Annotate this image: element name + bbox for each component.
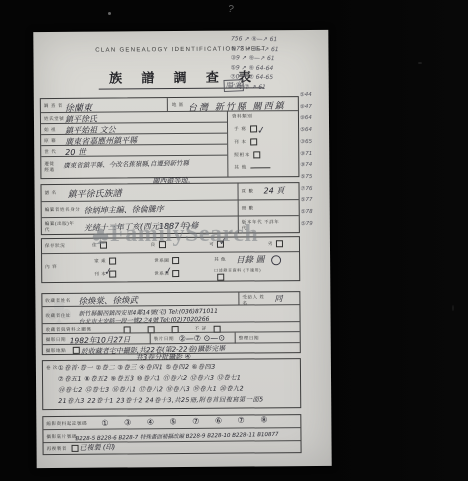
field-label: 頁 數 <box>242 188 254 194</box>
checkbox <box>276 240 283 247</box>
field-label: 縮影資料起訖號碼 <box>46 421 87 427</box>
option-label: 其 他 <box>214 257 226 262</box>
dust-speck <box>108 12 111 15</box>
field-label: 保存狀況 <box>45 243 65 249</box>
panel-material-type: 資料類別 手 寫✓ 刊 本 照相本 其 他 <box>227 110 299 177</box>
material-type-option: 刊 本 <box>234 138 257 145</box>
cell-divider <box>238 217 239 234</box>
content-option: 刊 本✓ <box>94 271 116 278</box>
section-condition-content: 保存狀況 佳 良 可✓ 劣 內 容 家 乘 <box>41 236 300 283</box>
checkbox <box>217 274 224 281</box>
field-label: 攝影日期 <box>46 337 66 343</box>
section-volume-info: 譜 名 鎮平徐氏族譜 頁 數 24 頁 編纂者姓名身分 徐炳坤主編、徐倫騰序 冊… <box>40 182 299 235</box>
cell-divider <box>237 184 238 200</box>
pencil-annotation-line: ⑤75 <box>300 172 328 184</box>
content-other-handwritten: 目錄 圖 <box>236 253 264 266</box>
condition-option: 劣 <box>268 240 283 247</box>
field-value-handwritten: 24 頁 <box>263 185 284 196</box>
field-label: 裝片日期 <box>154 336 174 342</box>
row-migration: 遷徙經過 廣東省鎮平縣、今改名蕉嶺縣,自遷到新竹縣 <box>41 155 227 179</box>
field-label: 冊 數 <box>242 205 254 211</box>
field-label: 原 籍 <box>44 138 56 144</box>
volume-list-line: 21卷九3 22卷十1 23卷十2 24卷十3,共25冊,附卷首回複寫第一面5 <box>58 394 297 407</box>
volume-list-lines: ①卷首·卷一 ②卷二 ③卷三 ④卷四1 ⑤卷四2 ⑥卷四3⑦卷五1 ⑧卷五2 ⑨… <box>58 361 297 407</box>
cell-divider <box>238 201 239 217</box>
condition-options: 佳 良 可✓ 劣 <box>92 240 283 248</box>
option-label: 照相本 <box>234 152 250 157</box>
option-label: 手 寫 <box>234 126 247 131</box>
checkbox <box>73 347 80 354</box>
pencil-annotations-right-margin: ⑤44⑨47⑨64⑤64③65⑨71⑨74⑤75⑦76⑤77⑤78⑤79 <box>300 90 329 231</box>
pencil-annotation-line: ⑨64 <box>300 113 328 125</box>
pencil-annotation-line: ⑨74 <box>300 160 328 172</box>
checkbox <box>250 138 257 145</box>
fill-in-line <box>250 163 270 168</box>
pencil-annotation-line: ⑤44 <box>300 90 328 102</box>
field-label: 編纂(出版)年代 <box>45 221 77 233</box>
option-label: 佳 <box>92 242 97 247</box>
panel-title: 資料類別 <box>232 113 252 119</box>
field-value-handwritten: 廣東省鎮平縣、今改名蕉嶺縣,自遷到新竹縣 <box>63 158 189 170</box>
checkbox <box>159 241 166 248</box>
row-reduplication: 再複製者 已複製 (印) <box>44 440 301 454</box>
checkbox <box>72 445 79 452</box>
dust-speck <box>452 305 454 311</box>
field-label: 姓氏堂號 <box>44 116 64 122</box>
option-label: 家 乘 <box>94 258 106 263</box>
condition-option: 良 <box>151 241 166 248</box>
field-value-handwritten: 徐炳坤主編、徐倫騰序 <box>84 204 164 217</box>
check-mark: ✓ <box>256 125 267 137</box>
cell-divider <box>167 98 168 111</box>
content-option: 世系表✓ <box>154 270 179 277</box>
field-label: 收藏者住址 <box>45 313 71 319</box>
field-label: 遷徙經過 <box>44 161 58 172</box>
section-holder-filming: 收藏者姓名 徐煥棠、徐煥武 受訪人 姓名 同 收藏者住址 新竹縣關西鎮西安里4鄰… <box>41 291 300 355</box>
field-label: 整理日期 <box>239 335 259 341</box>
option-label: 良 <box>151 242 156 247</box>
field-label: 卷 次 <box>46 365 58 371</box>
field-value-handwritten: ① ③ ④ ⑤ ⑦ ⑥ ⑦ ⑧ <box>101 415 267 428</box>
checkbox <box>172 257 179 264</box>
check-mark: ✓ <box>218 236 229 248</box>
field-label: 攝影地點 <box>46 348 66 354</box>
row-content-types: 內 容 家 乘 世系圖 其 他 目錄 圖 刊 本✓ 世系表✓ <box>42 251 299 283</box>
pencil-annotation-line: ⑨71 <box>300 148 328 160</box>
option-label: 劣 <box>268 241 273 246</box>
field-label: 調 查 者 <box>44 103 63 109</box>
field-label: 攝影底片號碼 <box>46 434 77 440</box>
option-label: 其 他 <box>234 164 247 169</box>
section-microfilm-numbers: 縮影資料起訖號碼 ① ③ ④ ⑤ ⑦ ⑥ ⑦ ⑧ 攝影底片號碼 B228-5 B… <box>42 414 301 455</box>
material-type-options: 手 寫✓ 刊 本 照相本 <box>228 110 298 111</box>
checkbox <box>100 242 107 249</box>
field-label: 世 代 <box>44 149 56 155</box>
field-label: 內 容 <box>45 264 57 270</box>
content-option: 其 他 <box>214 257 226 263</box>
option-label: 口述錄音資料 (不適用) <box>214 267 261 272</box>
cell-divider <box>238 293 239 305</box>
pencil-annotations-top-right: 756 ↗ ⑨—↗ 61⑤77 ↗ ⑤—↗ 61③9 ↗ ⑨—↗ 61⑤9 ↗ … <box>230 34 329 93</box>
content-option: 世系圖 <box>154 257 179 264</box>
option-label: 可 <box>209 241 214 246</box>
field-label: 不 詳 <box>195 326 207 332</box>
section-volume-list: 卷 次 ①卷首·卷一 ②卷二 ③卷三 ④卷四1 ⑤卷四2 ⑥卷四3⑦卷五1 ⑧卷… <box>42 358 301 410</box>
content-option: 家 乘 <box>94 258 116 265</box>
checkbox <box>109 258 116 265</box>
field-value-handwritten: 同 <box>274 293 282 304</box>
paper-sheet: CLAN GENEALOGY IDENTIFICATION SHEET 族 譜 … <box>33 30 331 468</box>
pencil-annotation-line: ⑤64 <box>300 125 328 137</box>
condition-option: 可✓ <box>209 241 224 248</box>
content-option: 口述錄音資料 (不適用) <box>214 267 270 280</box>
field-label: 版本年代 不詳年代 <box>242 219 282 231</box>
condition-option: 佳 <box>92 242 107 249</box>
check-mark: ✓ <box>163 266 174 278</box>
field-value-handwritten: 已複製 (印) <box>79 442 115 453</box>
field-label: 譜 名 <box>45 190 57 196</box>
pencil-annotation-line: ⑨47 <box>300 102 328 114</box>
microfilm-scan-frame: ? CLAN GENEALOGY IDENTIFICATION SHEET 族 … <box>0 0 468 481</box>
pencil-circle <box>271 255 281 265</box>
material-type-other: 其 他 <box>234 163 270 170</box>
pencil-annotation-line: ⑦76 <box>300 183 328 195</box>
material-type-option: 照相本 <box>234 151 260 158</box>
pencil-annotation-line: ③65 <box>300 137 328 149</box>
pencil-question-mark: ? <box>227 4 235 16</box>
option-label: 世系圖 <box>154 258 169 263</box>
field-label: 編纂者姓名身分 <box>45 207 81 213</box>
pencil-annotation-line: ⑤79 <box>301 219 329 231</box>
row-publication-year: 編纂(出版)年代 光緒十三年丁亥(西元1887年)修 版本年代 不詳年代 <box>42 215 299 235</box>
field-value-handwritten: 鎮平徐氏族譜 <box>67 186 121 200</box>
field-value-handwritten: 光緒十三年丁亥(西元1887年)修 <box>84 220 199 233</box>
field-label: 地 區 <box>172 102 184 108</box>
dust-speck <box>418 62 422 64</box>
section-genealogy-identity: 調 查 者 徐蘭東 地 區 台灣 新竹縣 關西鎮 姓氏堂號 鎮平徐氏 始 祖 鎮… <box>40 96 300 179</box>
check-mark: ✓ <box>103 266 114 278</box>
field-label: 收藏者姓名 <box>45 298 71 304</box>
checkbox <box>253 151 260 158</box>
material-type-option: 手 寫✓ <box>234 125 257 132</box>
pencil-annotation-line: ⑤77 <box>301 195 329 207</box>
option-label: 刊 本 <box>234 139 247 144</box>
pencil-annotation-line: ⑤78 <box>301 207 329 219</box>
field-label: 始 祖 <box>44 127 56 133</box>
field-label: 再複製者 <box>47 446 67 452</box>
